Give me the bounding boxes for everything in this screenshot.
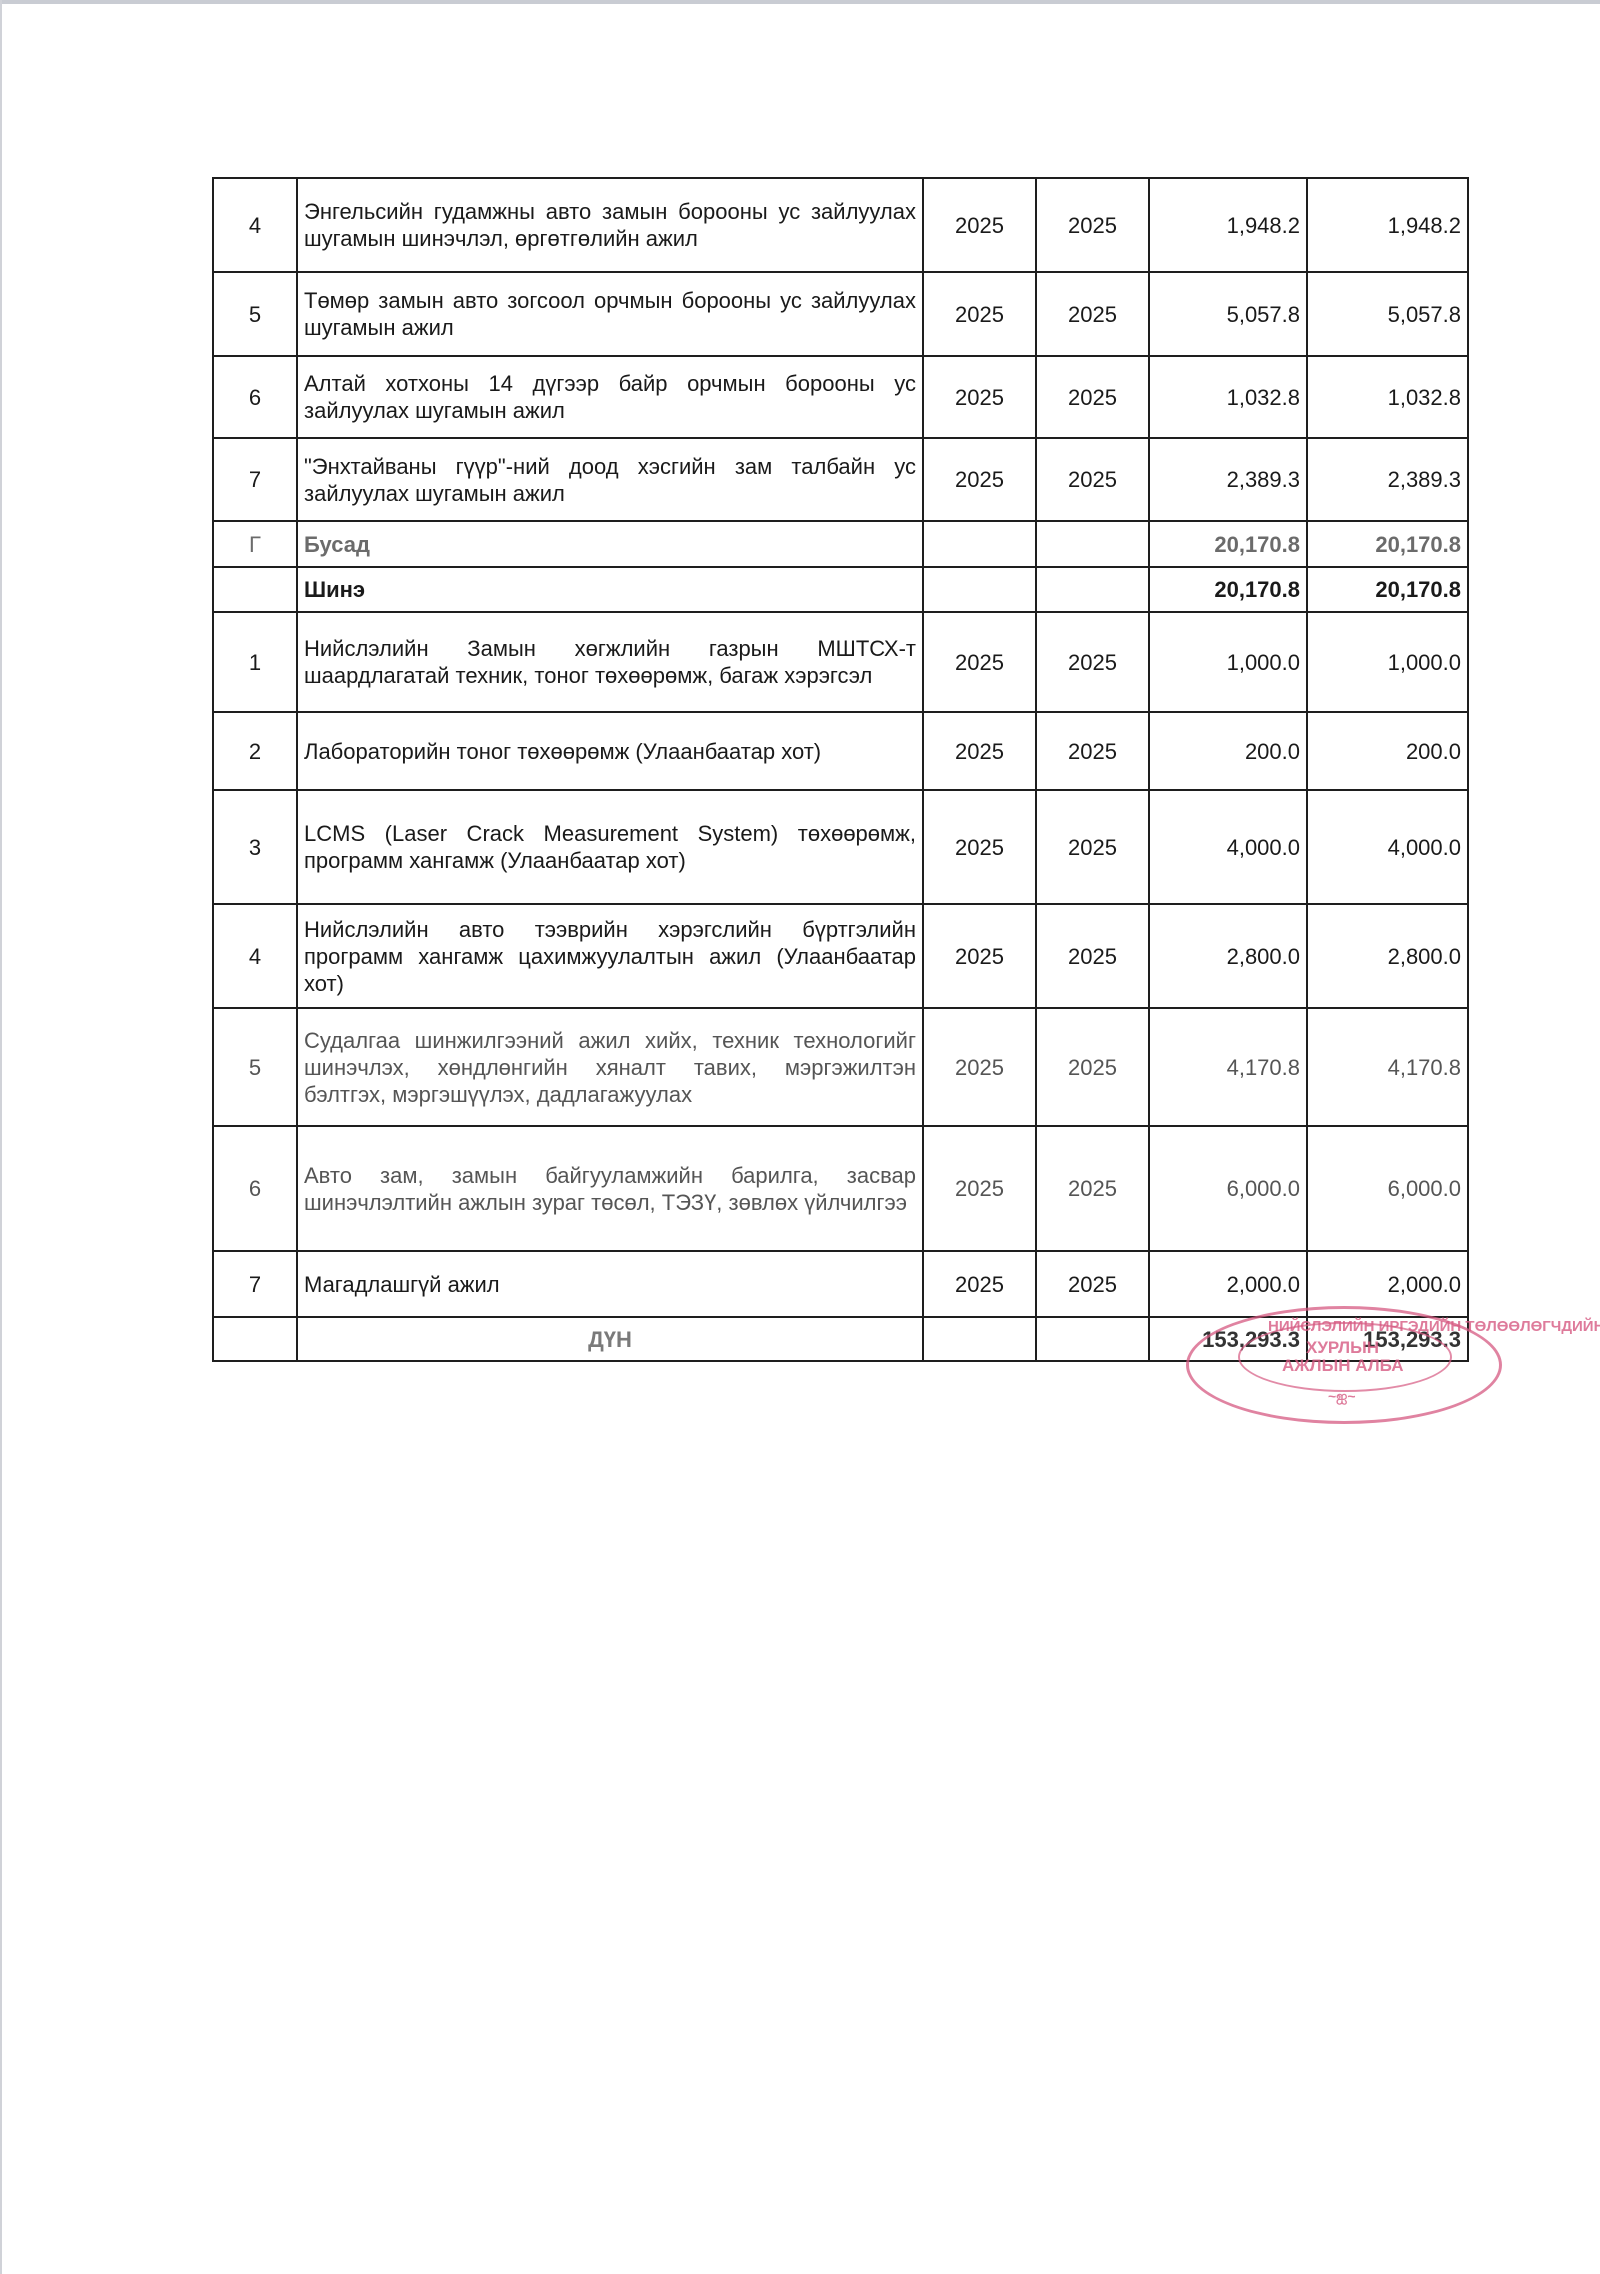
amount-year: 6,000.0 — [1307, 1126, 1468, 1251]
end-year: 2025 — [1036, 904, 1149, 1008]
start-year: 2025 — [923, 1126, 1036, 1251]
row-description: Нийслэлийн авто тээврийн хэрэгслийн бүрт… — [297, 904, 923, 1008]
empty-cell — [923, 567, 1036, 612]
scan-border-top — [0, 0, 1600, 4]
start-year: 2025 — [923, 1251, 1036, 1317]
table-row: 6 Авто зам, замын байгууламжийн барилга,… — [213, 1126, 1468, 1251]
row-number: 7 — [213, 438, 297, 521]
table-row: 5 Судалгаа шинжилгээний ажил хийх, техни… — [213, 1008, 1468, 1126]
row-description: LCMS (Laser Crack Measurement System) тө… — [297, 790, 923, 904]
section-amount-total: 20,170.8 — [1149, 521, 1307, 567]
amount-total: 5,057.8 — [1149, 272, 1307, 356]
empty-cell — [213, 567, 297, 612]
table-row: 3 LCMS (Laser Crack Measurement System) … — [213, 790, 1468, 904]
section-row-other: Г Бусад 20,170.8 20,170.8 — [213, 521, 1468, 567]
amount-total: 200.0 — [1149, 712, 1307, 790]
row-number: 6 — [213, 356, 297, 438]
row-description: Магадлашгүй ажил — [297, 1251, 923, 1317]
row-number: 1 — [213, 612, 297, 712]
amount-year: 1,032.8 — [1307, 356, 1468, 438]
end-year: 2025 — [1036, 1251, 1149, 1317]
table-row: 2 Лабораторийн тоног төхөөрөмж (Улаанбаа… — [213, 712, 1468, 790]
scan-border-left — [0, 0, 2, 2274]
amount-year: 4,170.8 — [1307, 1008, 1468, 1126]
start-year: 2025 — [923, 1008, 1036, 1126]
row-number: 5 — [213, 1008, 297, 1126]
row-number: 3 — [213, 790, 297, 904]
amount-total: 2,800.0 — [1149, 904, 1307, 1008]
start-year: 2025 — [923, 356, 1036, 438]
end-year: 2025 — [1036, 790, 1149, 904]
amount-total: 1,032.8 — [1149, 356, 1307, 438]
section-label: Бусад — [297, 521, 923, 567]
budget-table: 4 Энгельсийн гудамжны авто замын борооны… — [212, 177, 1469, 1362]
empty-cell — [1036, 521, 1149, 567]
subsection-amount-total: 20,170.8 — [1149, 567, 1307, 612]
row-description: Авто зам, замын байгууламжийн барилга, з… — [297, 1126, 923, 1251]
end-year: 2025 — [1036, 712, 1149, 790]
amount-year: 1,000.0 — [1307, 612, 1468, 712]
empty-cell — [923, 1317, 1036, 1361]
empty-cell — [1036, 1317, 1149, 1361]
section-amount-year: 20,170.8 — [1307, 521, 1468, 567]
total-label: ДҮН — [297, 1317, 923, 1361]
amount-year: 2,800.0 — [1307, 904, 1468, 1008]
amount-total: 2,000.0 — [1149, 1251, 1307, 1317]
row-description: Лабораторийн тоног төхөөрөмж (Улаанбаата… — [297, 712, 923, 790]
amount-total: 2,389.3 — [1149, 438, 1307, 521]
start-year: 2025 — [923, 712, 1036, 790]
stamp-ornament-icon: ~ஐ~ — [1328, 1388, 1356, 1407]
row-number: 7 — [213, 1251, 297, 1317]
row-description: Алтай хотхоны 14 дүгээр байр орчмын боро… — [297, 356, 923, 438]
start-year: 2025 — [923, 790, 1036, 904]
grand-total-amount-year: 153,293.3 — [1307, 1317, 1468, 1361]
start-year: 2025 — [923, 612, 1036, 712]
row-number: 2 — [213, 712, 297, 790]
start-year: 2025 — [923, 438, 1036, 521]
amount-total: 4,000.0 — [1149, 790, 1307, 904]
grand-total-amount: 153,293.3 — [1149, 1317, 1307, 1361]
amount-total: 1,000.0 — [1149, 612, 1307, 712]
table-row: 7 Магадлашгүй ажил 2025 2025 2,000.0 2,0… — [213, 1251, 1468, 1317]
table-row: 1 Нийслэлийн Замын хөгжлийн газрын МШТСХ… — [213, 612, 1468, 712]
amount-total: 1,948.2 — [1149, 178, 1307, 272]
amount-total: 4,170.8 — [1149, 1008, 1307, 1126]
table-row: 5 Төмөр замын авто зогсоол орчмын бороон… — [213, 272, 1468, 356]
empty-cell — [1036, 567, 1149, 612]
start-year: 2025 — [923, 904, 1036, 1008]
section-code: Г — [213, 521, 297, 567]
subsection-amount-year: 20,170.8 — [1307, 567, 1468, 612]
table-row: 4 Энгельсийн гудамжны авто замын борооны… — [213, 178, 1468, 272]
row-number: 4 — [213, 178, 297, 272]
row-description: "Энхтайваны гүүр"-ний доод хэсгийн зам т… — [297, 438, 923, 521]
end-year: 2025 — [1036, 356, 1149, 438]
row-description: Нийслэлийн Замын хөгжлийн газрын МШТСХ-т… — [297, 612, 923, 712]
end-year: 2025 — [1036, 438, 1149, 521]
subsection-label: Шинэ — [297, 567, 923, 612]
subsection-row-new: Шинэ 20,170.8 20,170.8 — [213, 567, 1468, 612]
start-year: 2025 — [923, 178, 1036, 272]
amount-year: 5,057.8 — [1307, 272, 1468, 356]
row-description: Төмөр замын авто зогсоол орчмын борооны … — [297, 272, 923, 356]
end-year: 2025 — [1036, 1008, 1149, 1126]
row-description: Энгельсийн гудамжны авто замын борооны у… — [297, 178, 923, 272]
table-row: 7 "Энхтайваны гүүр"-ний доод хэсгийн зам… — [213, 438, 1468, 521]
end-year: 2025 — [1036, 612, 1149, 712]
end-year: 2025 — [1036, 272, 1149, 356]
amount-year: 4,000.0 — [1307, 790, 1468, 904]
table-row: 6 Алтай хотхоны 14 дүгээр байр орчмын бо… — [213, 356, 1468, 438]
amount-year: 200.0 — [1307, 712, 1468, 790]
total-row: ДҮН 153,293.3 153,293.3 — [213, 1317, 1468, 1361]
end-year: 2025 — [1036, 178, 1149, 272]
start-year: 2025 — [923, 272, 1036, 356]
row-number: 6 — [213, 1126, 297, 1251]
table-row: 4 Нийслэлийн авто тээврийн хэрэгслийн бү… — [213, 904, 1468, 1008]
row-number: 4 — [213, 904, 297, 1008]
row-number: 5 — [213, 272, 297, 356]
end-year: 2025 — [1036, 1126, 1149, 1251]
amount-year: 2,389.3 — [1307, 438, 1468, 521]
amount-year: 1,948.2 — [1307, 178, 1468, 272]
amount-total: 6,000.0 — [1149, 1126, 1307, 1251]
empty-cell — [923, 521, 1036, 567]
empty-cell — [213, 1317, 297, 1361]
row-description: Судалгаа шинжилгээний ажил хийх, техник … — [297, 1008, 923, 1126]
amount-year: 2,000.0 — [1307, 1251, 1468, 1317]
